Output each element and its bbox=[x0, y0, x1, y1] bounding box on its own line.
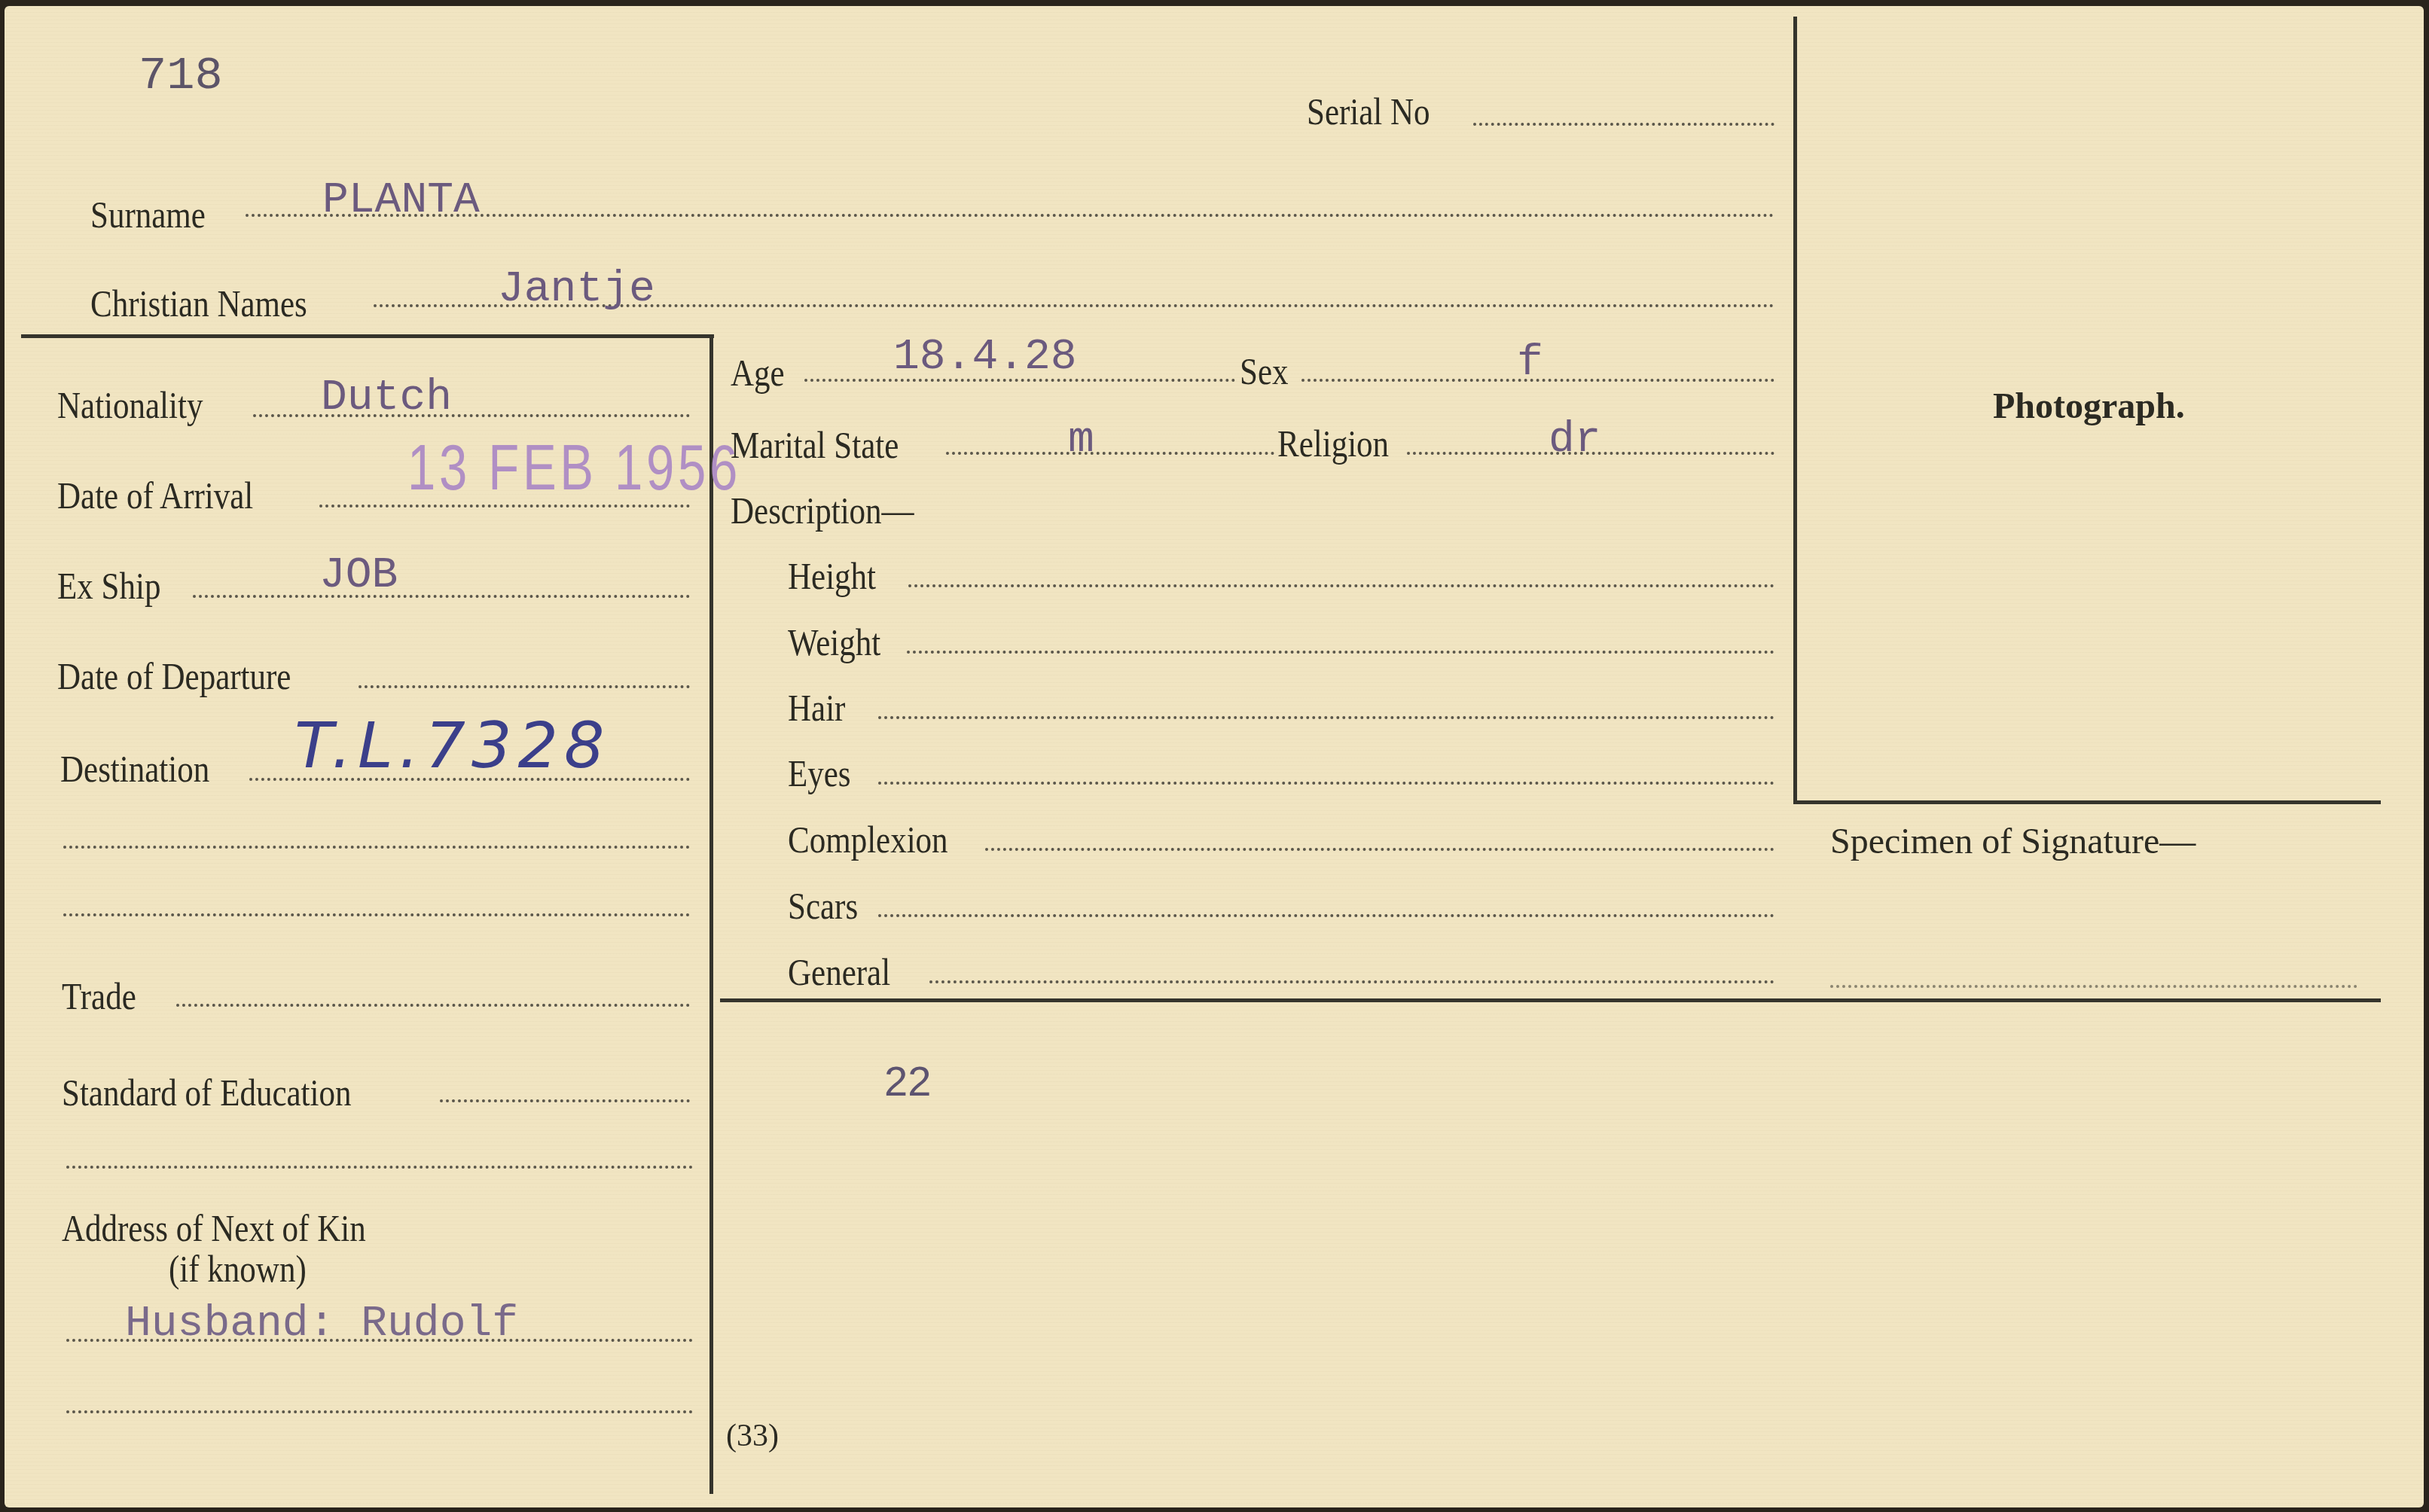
eyes-label: Eyes bbox=[788, 754, 851, 792]
complexion-field[interactable] bbox=[985, 848, 1774, 851]
trade-label: Trade bbox=[62, 977, 136, 1015]
hair-label: Hair bbox=[788, 689, 845, 727]
height-field[interactable] bbox=[908, 584, 1774, 587]
age-value: 18.4.28 bbox=[893, 336, 1077, 380]
surname-value: PLANTA bbox=[322, 179, 480, 223]
nationality-label: Nationality bbox=[57, 386, 203, 424]
trade-field[interactable] bbox=[176, 1004, 690, 1007]
hair-field[interactable] bbox=[878, 716, 1774, 719]
serial-no-field[interactable] bbox=[1473, 123, 1774, 126]
sex-value: f bbox=[1517, 342, 1543, 386]
destination-extra-line-1[interactable] bbox=[63, 846, 690, 849]
christian-names-value: Jantje bbox=[498, 268, 655, 312]
height-label: Height bbox=[788, 557, 876, 595]
next-of-kin-label: Address of Next of Kin bbox=[62, 1209, 366, 1247]
eyes-field[interactable] bbox=[878, 782, 1774, 785]
date-of-arrival-field[interactable] bbox=[319, 505, 690, 508]
photograph-label: Photograph. bbox=[1993, 389, 2185, 425]
header-divider bbox=[21, 334, 714, 338]
next-of-kin-value: Husband: Rudolf bbox=[125, 1303, 518, 1346]
scars-field[interactable] bbox=[878, 914, 1774, 917]
next-of-kin-sublabel: (if known) bbox=[169, 1250, 307, 1288]
religion-value: dr bbox=[1549, 419, 1601, 462]
christian-names-label: Christian Names bbox=[90, 285, 307, 322]
marital-state-value: m bbox=[1068, 419, 1094, 462]
immigration-record-card: 718 Serial No Surname PLANTA Christian N… bbox=[5, 6, 2424, 1507]
general-field[interactable] bbox=[929, 980, 1774, 983]
serial-no-label: Serial No bbox=[1307, 93, 1430, 130]
marital-state-label: Marital State bbox=[731, 426, 899, 464]
ex-ship-field[interactable] bbox=[193, 595, 690, 598]
destination-label: Destination bbox=[60, 750, 209, 788]
general-label: General bbox=[788, 953, 890, 991]
next-of-kin-extra-line[interactable] bbox=[66, 1410, 693, 1413]
nationality-field[interactable] bbox=[253, 414, 690, 417]
standard-of-education-label: Standard of Education bbox=[62, 1074, 352, 1111]
signature-label: Specimen of Signature— bbox=[1830, 824, 2196, 860]
form-number: (33) bbox=[726, 1420, 779, 1452]
bottom-reference-number: 22 bbox=[884, 1060, 931, 1102]
surname-label: Surname bbox=[90, 196, 206, 233]
marital-state-field[interactable] bbox=[946, 452, 1274, 455]
destination-handwritten-value: T.L.7328 bbox=[294, 714, 610, 777]
arrival-date-stamp: 13 FEB 1956 bbox=[407, 435, 741, 500]
left-column-divider bbox=[709, 334, 713, 1494]
ex-ship-label: Ex Ship bbox=[57, 567, 160, 605]
date-of-departure-field[interactable] bbox=[359, 685, 690, 688]
nationality-value: Dutch bbox=[321, 376, 452, 420]
standard-of-education-field[interactable] bbox=[440, 1099, 690, 1102]
description-bottom-rule bbox=[720, 998, 2381, 1002]
photo-box-left-rule bbox=[1793, 17, 1797, 804]
weight-field[interactable] bbox=[907, 651, 1774, 654]
sex-label: Sex bbox=[1240, 352, 1289, 390]
weight-label: Weight bbox=[788, 623, 880, 661]
date-of-departure-label: Date of Departure bbox=[57, 657, 291, 695]
ex-ship-value: JOB bbox=[319, 554, 398, 598]
destination-extra-line-2[interactable] bbox=[63, 913, 690, 916]
file-number: 718 bbox=[139, 53, 223, 99]
description-label: Description— bbox=[731, 492, 914, 529]
date-of-arrival-label: Date of Arrival bbox=[57, 477, 253, 514]
photo-box-bottom-rule bbox=[1795, 800, 2381, 804]
complexion-label: Complexion bbox=[788, 821, 948, 858]
education-extra-line[interactable] bbox=[66, 1166, 693, 1169]
scars-label: Scars bbox=[788, 887, 858, 925]
signature-field[interactable] bbox=[1830, 985, 2357, 988]
religion-label: Religion bbox=[1277, 425, 1389, 462]
age-label: Age bbox=[731, 354, 785, 392]
